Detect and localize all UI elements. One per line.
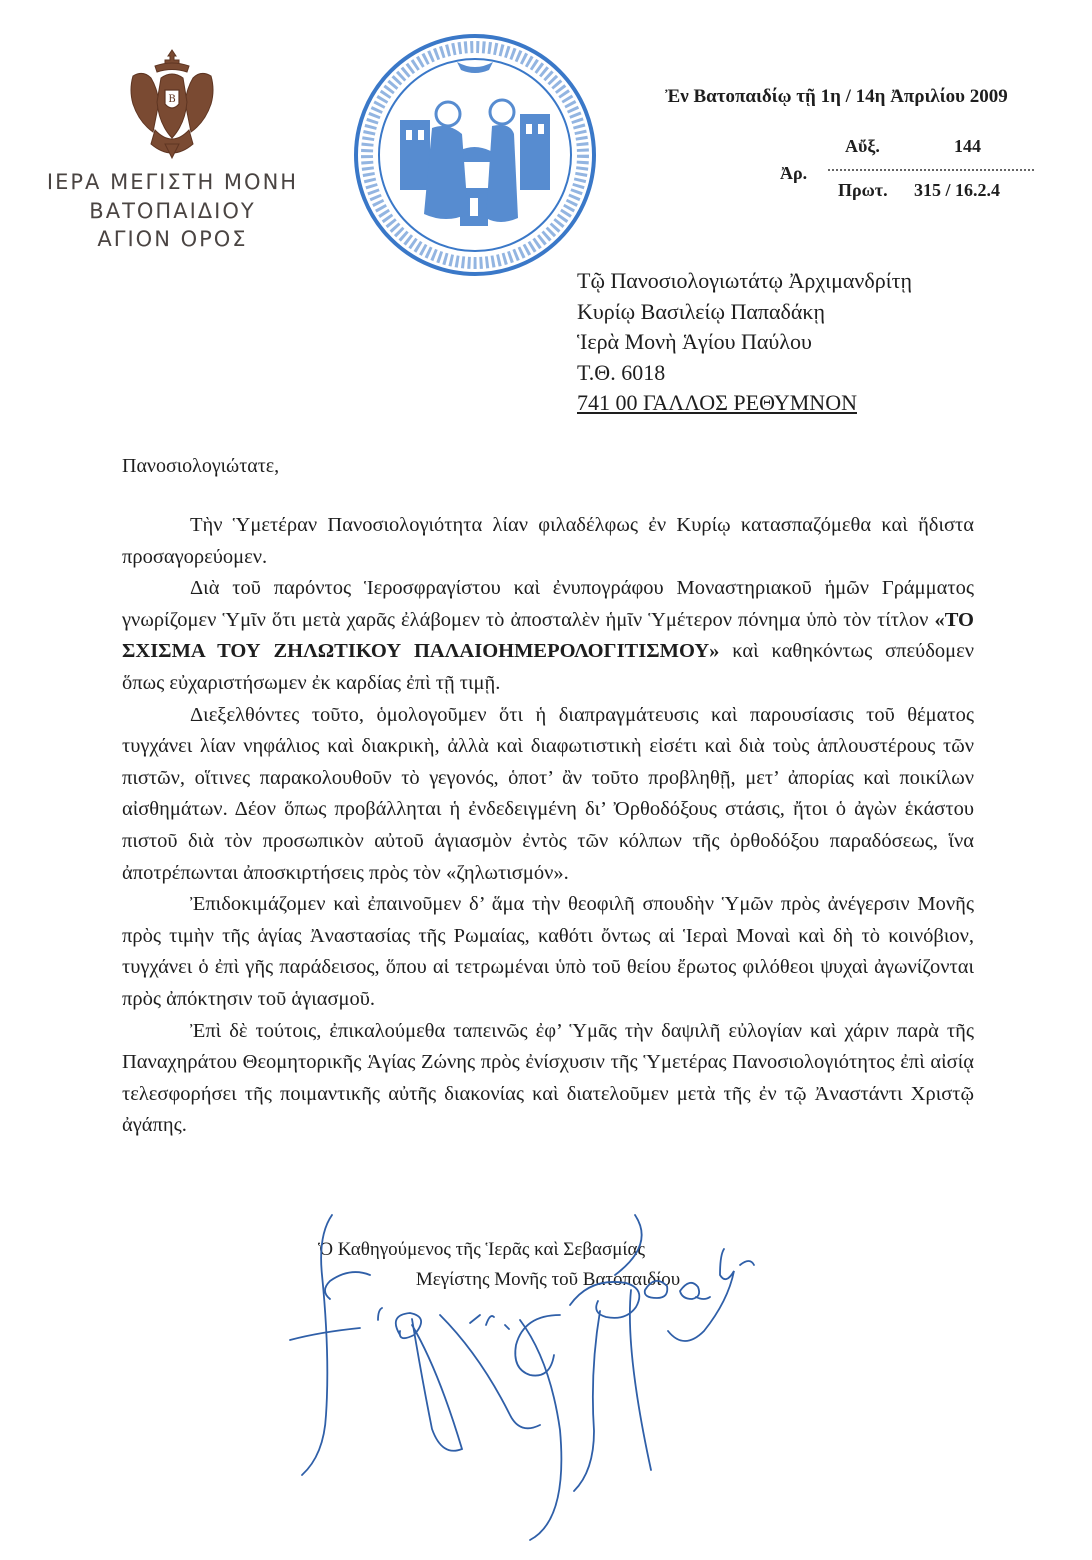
- letter-date: Ἐν Βατοπαιδίῳ τῇ 1η / 14η Ἀπριλίου 2009: [665, 86, 1008, 108]
- monastery-seal-icon: [352, 32, 598, 278]
- paragraph-2: Διὰ τοῦ παρόντος Ἱεροσφραγίστου καὶ ἐνυπ…: [122, 573, 974, 699]
- letter-body: Τὴν Ὑμετέραν Πανοσιολογιότητα λίαν φιλαδ…: [122, 510, 974, 1142]
- salutation: Πανοσιολογιώτατε,: [122, 455, 279, 478]
- double-headed-eagle-icon: B: [125, 48, 219, 160]
- letterhead-line-2: ΒΑΤΟΠΑΙΔΙΟΥ: [20, 199, 325, 223]
- aux-value: 144: [954, 136, 981, 157]
- recipient-line: Τ.Θ. 6018: [577, 358, 912, 389]
- recipient-line: Τῷ Πανοσιολογιωτάτῳ Ἀρχιμανδρίτῃ: [577, 266, 912, 297]
- paragraph-4: Ἐπιδοκιμάζομεν καὶ ἐπαινοῦμεν δ’ ἅμα τὴν…: [122, 889, 974, 1015]
- handwritten-signature: [270, 1205, 990, 1545]
- paragraph-1: Τὴν Ὑμετέραν Πανοσιολογιότητα λίαν φιλαδ…: [122, 510, 974, 573]
- paragraph-5: Ἐπὶ δὲ τούτοις, ἐπικαλούμεθα ταπεινῶς ἐφ…: [122, 1016, 974, 1142]
- recipient-address: Τῷ Πανοσιολογιωτάτῳ Ἀρχιμανδρίτῃ Κυρίῳ Β…: [577, 266, 912, 419]
- svg-text:B: B: [168, 94, 175, 105]
- recipient-postcode-city: 741 00 ΓΑΛΛΟΣ ΡΕΘΥΜΝΟΝ: [577, 388, 912, 419]
- ref-divider: [828, 169, 1034, 171]
- letterhead-line-1: ΙΕΡΑ ΜΕΓΙΣΤΗ ΜΟΝΗ: [20, 170, 325, 194]
- letterhead-line-3: ΑΓΙΟΝ ΟΡΟΣ: [20, 227, 325, 251]
- protocol-value: 315 / 16.2.4: [914, 180, 1000, 201]
- recipient-line: Ἱερὰ Μονὴ Ἁγίου Παύλου: [577, 327, 912, 358]
- ref-number-label: Ἀρ.: [780, 163, 807, 184]
- aux-label: Αὔξ.: [845, 136, 880, 157]
- protocol-label: Πρωτ.: [838, 180, 888, 201]
- recipient-line: Κυρίῳ Βασιλείῳ Παπαδάκῃ: [577, 297, 912, 328]
- paragraph-3: Διεξελθόντες τοῦτο, ὁμολογοῦμεν ὅτι ἡ δι…: [122, 700, 974, 890]
